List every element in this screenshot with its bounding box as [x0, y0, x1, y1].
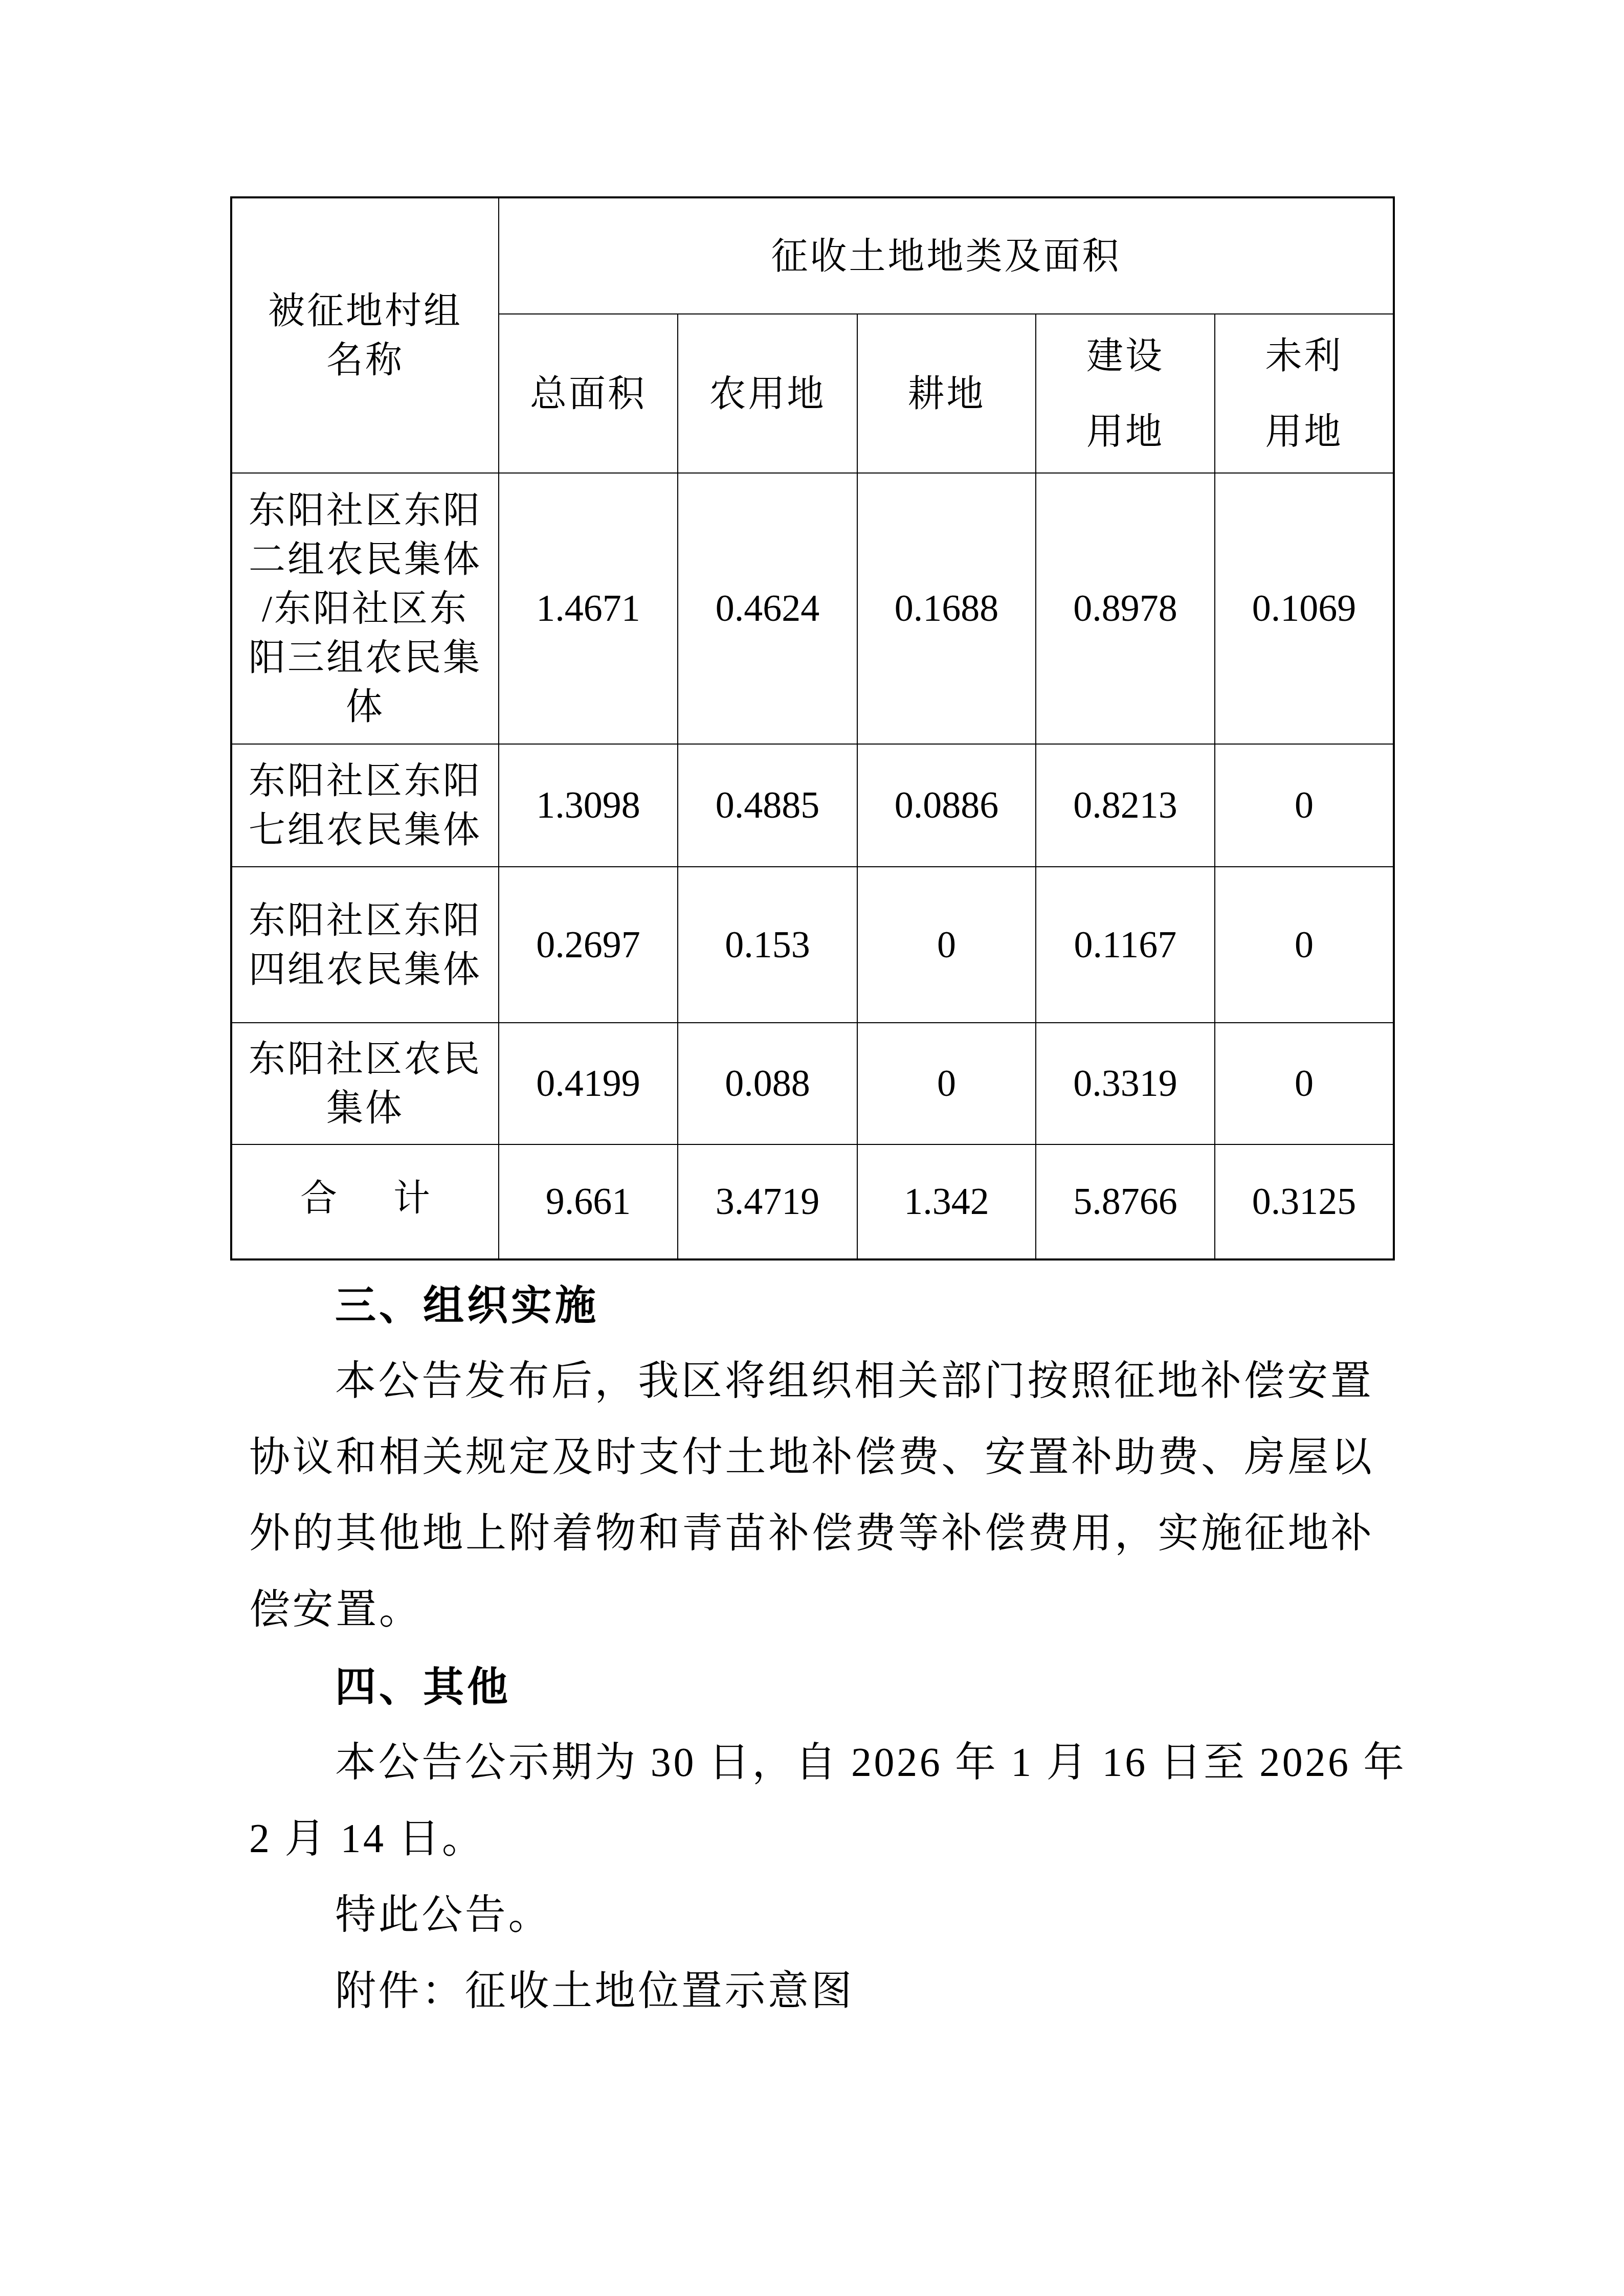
row-village-name: 东阳社区东阳 四组农民集体	[231, 867, 499, 1023]
header-construction-line-2: 用地	[1036, 394, 1214, 469]
attachment-line: 附件：征收土地位置示意图	[249, 1953, 1465, 2030]
name-line: 东阳社区东阳	[232, 756, 498, 805]
total-agricultural-land: 3.4719	[678, 1144, 857, 1259]
closing-statement: 特此公告。	[249, 1877, 1465, 1953]
cell-agricultural-land: 0.4624	[678, 473, 857, 744]
cell-construction-land: 0.3319	[1036, 1023, 1215, 1144]
table-row: 东阳社区农民 集体 0.4199 0.088 0 0.3319 0	[231, 1023, 1394, 1144]
total-cultivated-land: 1.342	[857, 1144, 1036, 1259]
paragraph-line: 外的其他地上附着物和青苗补偿费等补偿费用，实施征地补	[249, 1496, 1380, 1572]
total-construction-land: 5.8766	[1036, 1144, 1215, 1259]
cell-construction-land: 0.8978	[1036, 473, 1215, 744]
cell-agricultural-land: 0.4885	[678, 744, 857, 867]
paragraph-line: 协议和相关规定及时支付土地补偿费、安置补助费、房屋以	[249, 1420, 1380, 1496]
header-construction-line-1: 建设	[1036, 318, 1214, 394]
section-heading-implementation: 三、组织实施	[249, 1267, 1465, 1343]
header-unused-line-1: 未利	[1215, 318, 1393, 394]
name-line: 体	[232, 682, 498, 731]
row-village-name: 东阳社区农民 集体	[231, 1023, 499, 1144]
header-land-type-and-area: 征收土地地类及面积	[499, 197, 1394, 314]
cell-agricultural-land: 0.088	[678, 1023, 857, 1144]
table-row: 东阳社区东阳 四组农民集体 0.2697 0.153 0 0.1167 0	[231, 867, 1394, 1023]
table-row: 东阳社区东阳 二组农民集体 /东阳社区东 阳三组农民集 体 1.4671 0.4…	[231, 473, 1394, 744]
table-header-row: 被征地村组 名称 征收土地地类及面积	[231, 197, 1394, 314]
section-heading-other: 四、其他	[249, 1649, 1465, 1725]
land-acquisition-table: 被征地村组 名称 征收土地地类及面积 总面积 农用地 耕地 建设 用地 未利 用…	[230, 196, 1395, 1260]
header-unused-line-2: 用地	[1215, 394, 1393, 469]
cell-construction-land: 0.8213	[1036, 744, 1215, 867]
paragraph-line: 本公告公示期为 30 日，自 2026 年 1 月 16 日至 2026 年	[249, 1725, 1465, 1801]
header-total-area: 总面积	[499, 314, 678, 473]
cell-unused-land: 0	[1215, 867, 1394, 1023]
cell-unused-land: 0.1069	[1215, 473, 1394, 744]
cell-cultivated-land: 0	[857, 867, 1036, 1023]
name-line: 东阳社区农民	[232, 1034, 498, 1084]
total-label: 合计	[231, 1144, 499, 1259]
name-line: /东阳社区东	[232, 584, 498, 633]
header-name-line-2: 名称	[232, 335, 498, 385]
cell-total-area: 1.3098	[499, 744, 678, 867]
header-village-group-name: 被征地村组 名称	[231, 197, 499, 473]
cell-total-area: 1.4671	[499, 473, 678, 744]
paragraph-line: 本公告发布后，我区将组织相关部门按照征地补偿安置	[249, 1343, 1465, 1420]
table-total-row: 合计 9.661 3.4719 1.342 5.8766 0.3125	[231, 1144, 1394, 1259]
name-line: 七组农民集体	[232, 805, 498, 854]
cell-cultivated-land: 0.1688	[857, 473, 1036, 744]
table-row: 东阳社区东阳 七组农民集体 1.3098 0.4885 0.0886 0.821…	[231, 744, 1394, 867]
paragraph-line: 2 月 14 日。	[249, 1801, 1380, 1877]
header-construction-land: 建设 用地	[1036, 314, 1215, 473]
total-unused-land: 0.3125	[1215, 1144, 1394, 1259]
header-cultivated-land: 耕地	[857, 314, 1036, 473]
cell-cultivated-land: 0.0886	[857, 744, 1036, 867]
name-line: 二组农民集体	[232, 535, 498, 584]
document-page: 被征地村组 名称 征收土地地类及面积 总面积 农用地 耕地 建设 用地 未利 用…	[0, 0, 1624, 2296]
cell-agricultural-land: 0.153	[678, 867, 857, 1023]
name-line: 阳三组农民集	[232, 633, 498, 682]
header-agricultural-land: 农用地	[678, 314, 857, 473]
paragraph-line: 偿安置。	[249, 1572, 1380, 1648]
header-unused-land: 未利 用地	[1215, 314, 1394, 473]
cell-construction-land: 0.1167	[1036, 867, 1215, 1023]
header-name-line-1: 被征地村组	[232, 286, 498, 335]
row-village-name: 东阳社区东阳 二组农民集体 /东阳社区东 阳三组农民集 体	[231, 473, 499, 744]
cell-unused-land: 0	[1215, 1023, 1394, 1144]
cell-unused-land: 0	[1215, 744, 1394, 867]
cell-cultivated-land: 0	[857, 1023, 1036, 1144]
total-label-char-1: 合	[300, 1178, 337, 1219]
cell-total-area: 0.4199	[499, 1023, 678, 1144]
cell-total-area: 0.2697	[499, 867, 678, 1023]
name-line: 东阳社区东阳	[232, 486, 498, 535]
name-line: 东阳社区东阳	[232, 896, 498, 945]
name-line: 集体	[232, 1084, 498, 1133]
total-total-area: 9.661	[499, 1144, 678, 1259]
name-line: 四组农民集体	[232, 945, 498, 994]
total-label-char-2: 计	[393, 1178, 430, 1219]
row-village-name: 东阳社区东阳 七组农民集体	[231, 744, 499, 867]
